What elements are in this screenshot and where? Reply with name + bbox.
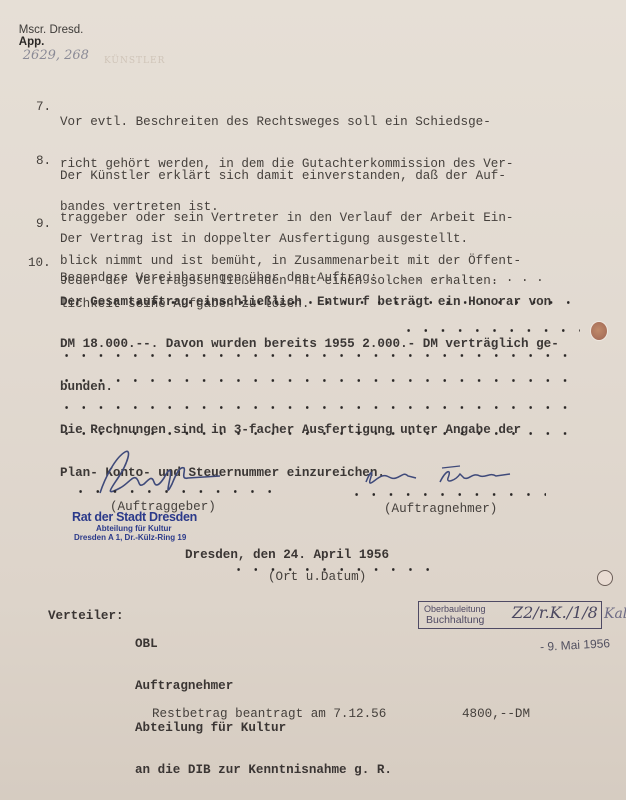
punch-hole xyxy=(591,322,607,340)
dotted-fill-line xyxy=(58,432,578,435)
archive-app: App. xyxy=(19,36,45,48)
clause-10: 10. Besondere Vereinbarungen über den Au… xyxy=(28,242,58,299)
agreement-line: DM 18.000.--. Davon wurden bereits 1955 … xyxy=(60,337,559,351)
faint-mark: KÜNSTLER xyxy=(104,56,165,66)
agreement-line: bunden. xyxy=(60,380,559,394)
clause-number: 7. xyxy=(36,100,51,114)
document-page: Mscr. Dresd. App. 2629, 268 KÜNSTLER 7. … xyxy=(0,0,626,800)
accounting-stamp-line: Oberbauleitung xyxy=(424,604,486,614)
clause-number: 9. xyxy=(36,217,51,231)
distribution-recipient: Auftragnehmer xyxy=(135,679,392,693)
office-stamp: Rat der Stadt Dresden Abteilung für Kult… xyxy=(72,510,197,542)
place-date: Dresden, den 24. April 1956 xyxy=(185,548,389,562)
dotted-fill-line xyxy=(58,354,578,357)
dotted-fill-line xyxy=(58,406,578,409)
distribution-label: Verteiler: xyxy=(48,609,124,623)
stamp-line: Dresden A 1, Dr.-Külz-Ring 19 xyxy=(74,533,197,542)
accounting-stamp-line: Buchhaltung xyxy=(426,614,484,626)
place-date-label: (Ort u.Datum) xyxy=(268,570,366,584)
distribution-recipient: OBL xyxy=(135,637,392,651)
accounting-handwritten-ref: Z2/r.K./1/8 xyxy=(512,603,598,622)
distribution-recipient: an die DIB zur Kenntnisnahme g. R. xyxy=(135,763,392,777)
distribution-list: OBL Auftragnehmer Abteilung für Kultur a… xyxy=(135,609,392,800)
clause-number: 8. xyxy=(36,154,51,168)
clause-number: 10. xyxy=(28,256,51,270)
dotted-fill-line xyxy=(58,379,578,382)
agreement-line: Die Rechnungen sind in 3-facher Ausferti… xyxy=(60,423,559,437)
small-circle-stamp xyxy=(597,570,613,586)
stamp-line: Abteilung für Kultur xyxy=(96,524,197,533)
distribution-recipient: Abteilung für Kultur xyxy=(135,721,392,735)
handwritten-initials: Kal xyxy=(604,606,626,622)
received-date-stamp: - 9. Mai 1956 xyxy=(540,636,611,654)
contractor-signature-icon xyxy=(360,462,530,492)
stamp-line: Rat der Stadt Dresden xyxy=(72,510,197,524)
archive-prefix: Mscr. Dresd. xyxy=(19,24,84,36)
remainder-text: Restbetrag beantragt am 7.12.56 xyxy=(152,707,386,721)
dotted-fill-line xyxy=(400,329,580,332)
clause-line: Vor evtl. Beschreiten des Rechtsweges so… xyxy=(60,115,513,129)
signature-line-client xyxy=(72,490,272,493)
remainder-amount: 4800,--DM xyxy=(462,707,530,721)
clause-8: 8. Der Künstler erklärt sich damit einve… xyxy=(36,140,66,197)
signature-line-contractor xyxy=(348,493,546,496)
client-signature-icon xyxy=(80,448,230,508)
archive-handwritten-number: 2629, 268 xyxy=(23,48,89,63)
archive-shelfmark: Mscr. Dresd. App. 2629, 268 xyxy=(6,12,89,75)
clause-7: 7. Vor evtl. Beschreiten des Rechtsweges… xyxy=(36,86,66,143)
dotted-fill-line xyxy=(130,301,580,304)
clause-line: Der Künstler erklärt sich damit einverst… xyxy=(60,169,521,183)
accounting-stamp: Oberbauleitung Buchhaltung Z2/r.K./1/8 xyxy=(418,601,602,629)
contractor-label: (Auftragnehmer) xyxy=(384,502,497,516)
